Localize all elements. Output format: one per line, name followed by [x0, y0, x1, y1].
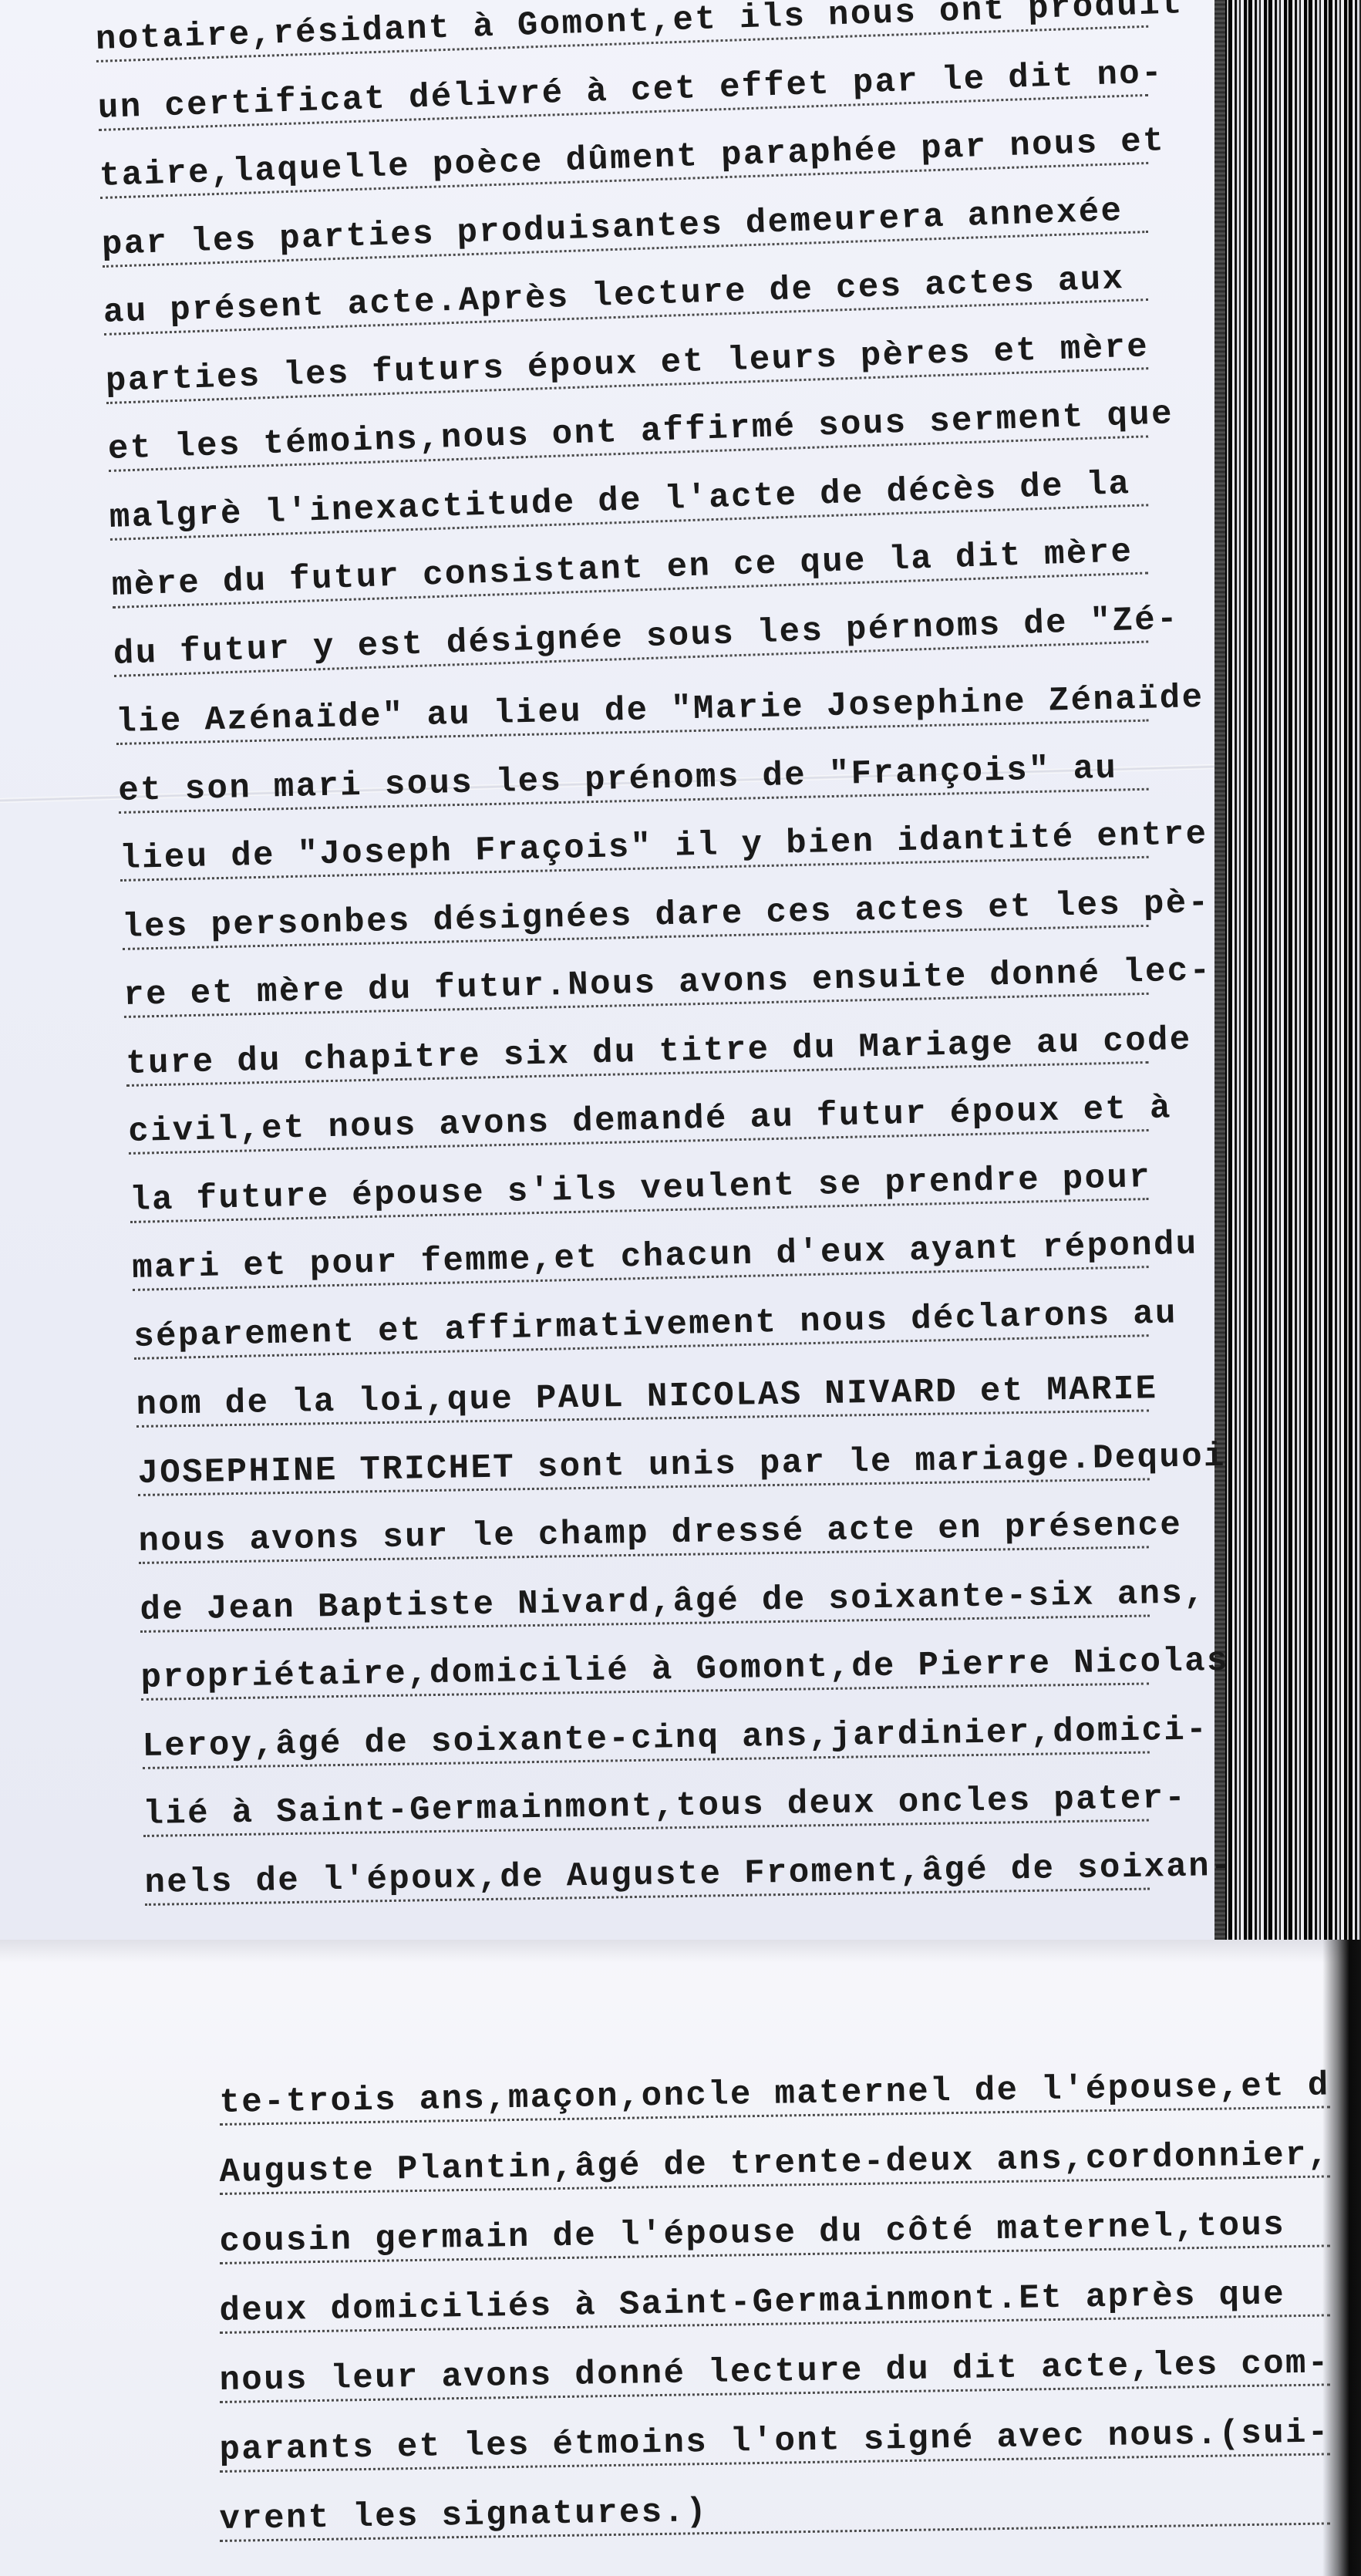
lower-binding-shadow: [1322, 1940, 1361, 2576]
page-overlap-shadow: [0, 1940, 1361, 1963]
book-binding-edge: [1214, 0, 1361, 1944]
lower-page: [0, 1940, 1361, 2576]
